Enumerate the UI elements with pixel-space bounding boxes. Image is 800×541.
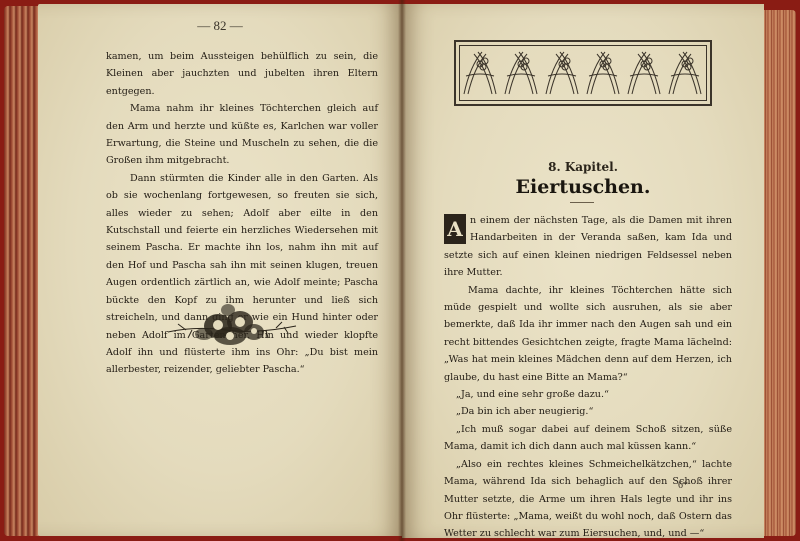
paragraph: „Also ein rechtes kleines Schmeichelkätz… (444, 456, 732, 541)
left-page: — 82 — kamen, um beim Aussteigen behülfl… (38, 4, 402, 536)
paragraph: kamen, um beim Aussteigen behülflich zu … (106, 48, 378, 100)
right-page-edges (760, 10, 796, 536)
right-page-text: An einem der nächsten Tage, als die Dame… (444, 212, 732, 541)
paragraph: Mama nahm ihr kleines Töchterchen gleich… (106, 100, 378, 170)
paragraph: Mama dachte, ihr kleines Töchterchen hät… (444, 282, 732, 386)
floral-border-icon (454, 40, 712, 106)
paragraph: „Ich muß sogar dabei auf deinem Schoß si… (444, 421, 732, 456)
drop-cap: A (444, 214, 466, 244)
left-page-edges (4, 6, 42, 536)
chapter-title: Eiertuschen. (402, 176, 764, 198)
paragraph: „Ja, und eine sehr große dazu.“ (444, 386, 732, 403)
paragraph-text: n einem der nächsten Tage, als die Damen… (444, 215, 732, 278)
page-number: — 82 — (38, 18, 402, 34)
chapter-label: 8. Kapitel. (402, 160, 764, 174)
paragraph: „Da bin ich aber neugierig.“ (444, 403, 732, 420)
right-page: 8. Kapitel. Eiertuschen. An einem der nä… (402, 4, 764, 538)
art-nouveau-pattern-icon (460, 46, 706, 98)
signature-mark: 6* (678, 480, 688, 491)
divider (570, 202, 594, 203)
book-spine (398, 0, 406, 541)
flower-bouquet-icon (166, 296, 300, 356)
paragraph: An einem der nächsten Tage, als die Dame… (444, 212, 732, 282)
open-book: — 82 — kamen, um beim Aussteigen behülfl… (0, 0, 800, 541)
